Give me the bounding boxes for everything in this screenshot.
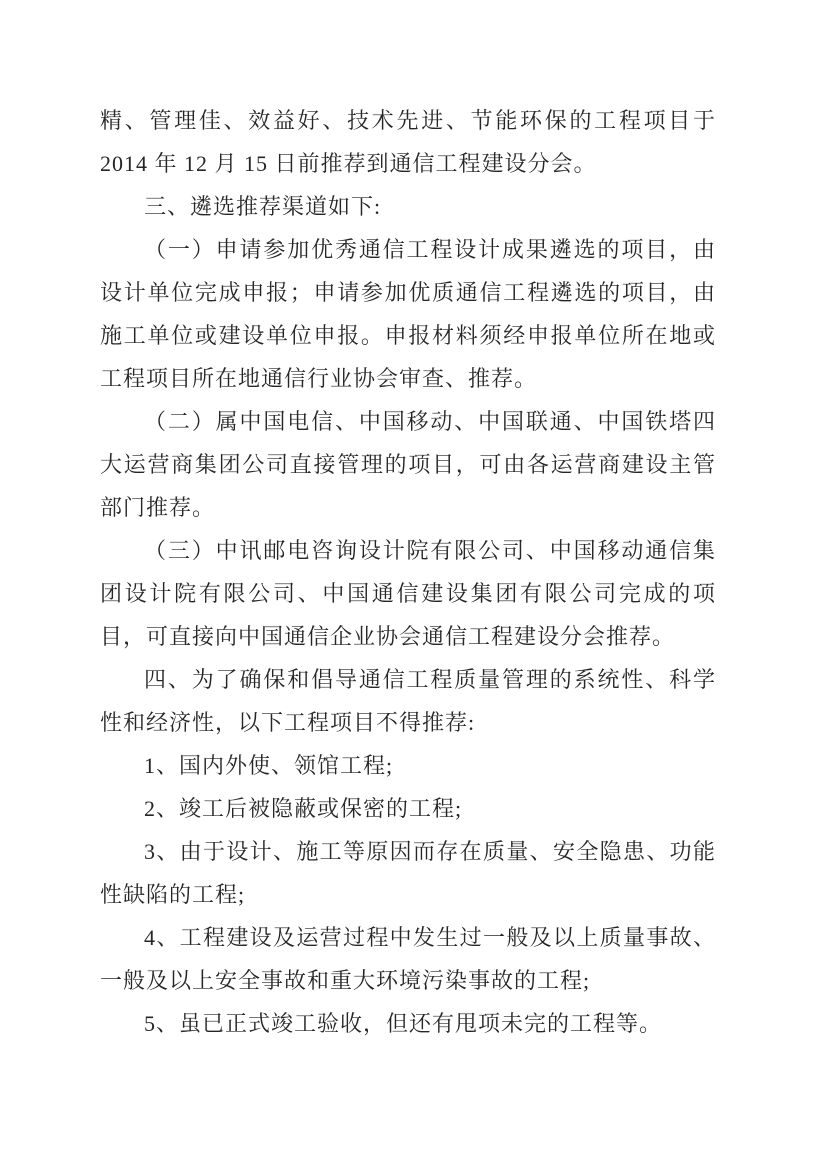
para-continuation-deadline: 精、管理佳、效益好、技术先进、节能环保的工程项目于 2014 年 12 月 15… xyxy=(100,99,716,185)
para-excluded-item-3: 3、由于设计、施工等原因而存在质量、安全隐患、功能性缺陷的工程; xyxy=(100,830,716,916)
para-excluded-item-4: 4、工程建设及运营过程中发生过一般及以上质量事故、一般及以上安全事故和重大环境污… xyxy=(100,916,716,1002)
para-channel-two: （二）属中国电信、中国移动、中国联通、中国铁塔四大运营商集团公司直接管理的项目，… xyxy=(100,400,716,529)
para-channel-one: （一）申请参加优秀通信工程设计成果遴选的项目，由设计单位完成申报；申请参加优质通… xyxy=(100,228,716,400)
para-excluded-item-2: 2、竣工后被隐蔽或保密的工程; xyxy=(100,787,716,830)
para-excluded-item-5: 5、虽已正式竣工验收，但还有甩项未完的工程等。 xyxy=(100,1002,716,1045)
para-excluded-item-1: 1、国内外使、领馆工程; xyxy=(100,744,716,787)
document-text-block: 精、管理佳、效益好、技术先进、节能环保的工程项目于 2014 年 12 月 15… xyxy=(100,99,716,1045)
para-channel-three: （三）中讯邮电咨询设计院有限公司、中国移动通信集团设计院有限公司、中国通信建设集… xyxy=(100,529,716,658)
para-section-four-heading: 四、为了确保和倡导通信工程质量管理的系统性、科学性和经济性，以下工程项目不得推荐… xyxy=(100,658,716,744)
para-section-three-heading: 三、遴选推荐渠道如下: xyxy=(100,185,716,228)
document-page: 精、管理佳、效益好、技术先进、节能环保的工程项目于 2014 年 12 月 15… xyxy=(0,0,827,1169)
